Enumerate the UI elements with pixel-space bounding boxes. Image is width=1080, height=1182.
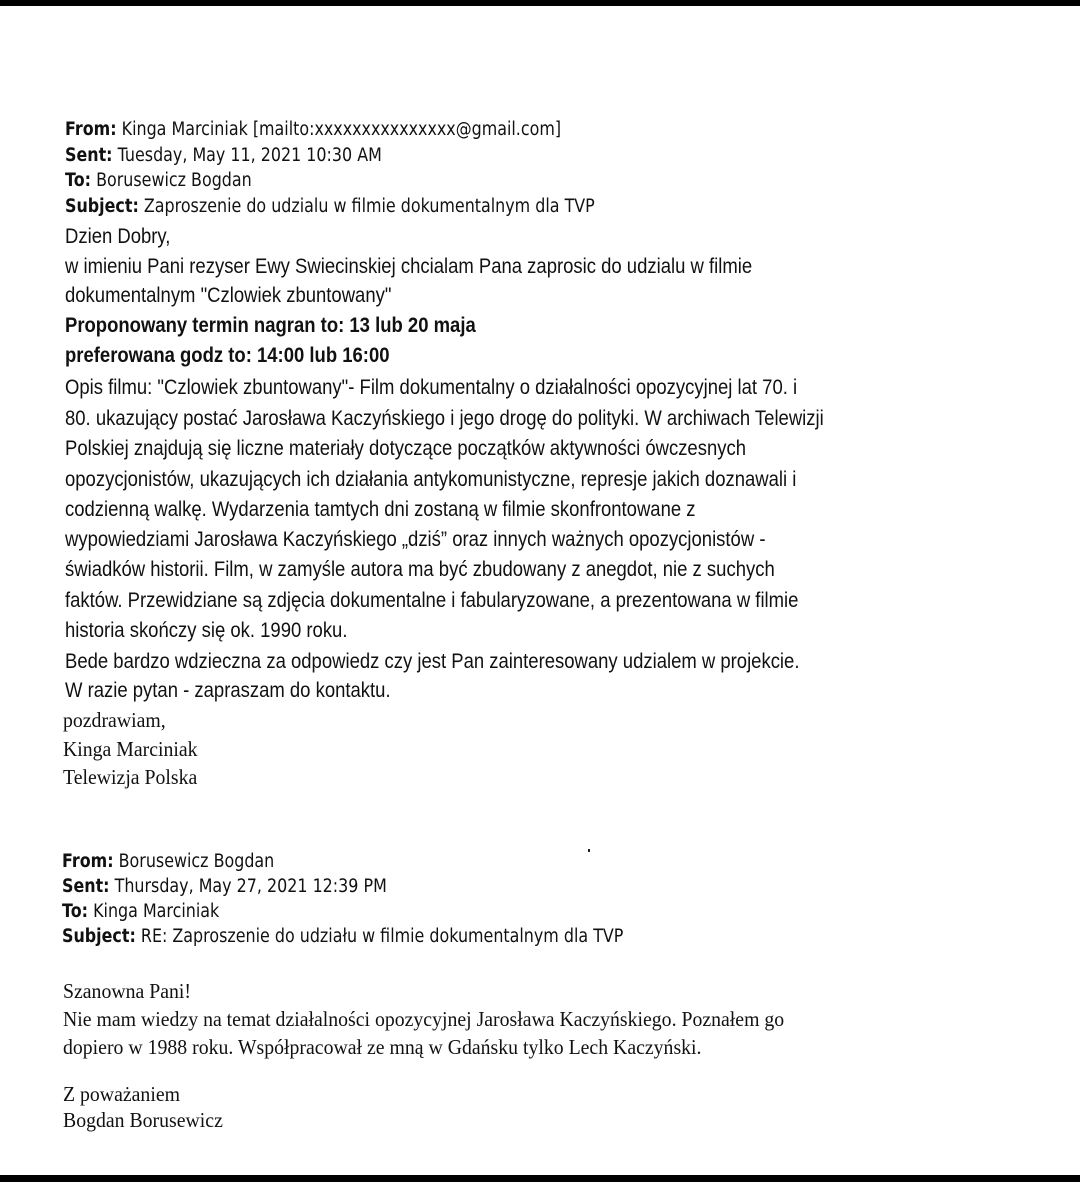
scan-speck: [588, 849, 590, 852]
email1-subject-line: Subject: Zaproszenie do udzialu w filmie…: [65, 194, 595, 219]
email2-to-line: To: Kinga Marciniak: [62, 899, 219, 924]
email2-greeting: Szanowna Pani!: [63, 977, 191, 1005]
email2-subject-line: Subject: RE: Zaproszenie do udziału w fi…: [62, 924, 623, 949]
subject-label: Subject:: [65, 196, 139, 217]
from-value: Kinga Marciniak [mailto:xxxxxxxxxxxxxxx@…: [117, 119, 561, 140]
email1-description-line: opozycjonistów, ukazujących ich działani…: [65, 465, 796, 495]
from-label: From:: [62, 851, 114, 872]
email1-description-line: Bede bardzo wdzieczna za odpowiedz czy j…: [65, 647, 799, 677]
email1-description-line: W razie pytan - zapraszam do kontaktu.: [65, 676, 391, 706]
email1-signature-org: Telewizja Polska: [63, 763, 197, 791]
email2-signature-name: Bogdan Borusewicz: [63, 1106, 223, 1134]
email1-description-line: Polskiej znajdują się liczne materiały d…: [65, 434, 746, 464]
email2-line: Nie mam wiedzy na temat działalności opo…: [63, 1005, 784, 1033]
sent-value: Tuesday, May 11, 2021 10:30 AM: [113, 145, 382, 166]
subject-value: RE: Zaproszenie do udziału w filmie doku…: [136, 926, 624, 947]
sent-value: Thursday, May 27, 2021 12:39 PM: [110, 876, 387, 897]
email1-signature-name: Kinga Marciniak: [63, 735, 198, 763]
sent-label: Sent:: [65, 145, 113, 166]
email1-line: dokumentalnym "Czlowiek zbuntowany": [65, 281, 391, 311]
email1-description-line: codzienną walkę. Wydarzenia tamtych dni …: [65, 495, 696, 525]
subject-value: Zaproszenie do udzialu w filmie dokument…: [139, 196, 595, 217]
sent-label: Sent:: [62, 876, 110, 897]
to-value: Borusewicz Bogdan: [91, 170, 252, 191]
email1-to-line: To: Borusewicz Bogdan: [65, 168, 252, 193]
email2-sent-line: Sent: Thursday, May 27, 2021 12:39 PM: [62, 874, 387, 899]
email2-signature-closing: Z poważaniem: [63, 1080, 180, 1108]
from-label: From:: [65, 119, 117, 140]
to-label: To:: [65, 170, 91, 191]
top-black-bar: [0, 0, 1080, 6]
email1-description-line: faktów. Przewidziane są zdjęcia dokument…: [65, 586, 798, 616]
email1-preferred-time: preferowana godz to: 14:00 lub 16:00: [65, 341, 390, 371]
email1-description-line: historia skończy się ok. 1990 roku.: [65, 616, 347, 646]
email1-description-line: Opis filmu: "Czlowiek zbuntowany"- Film …: [65, 373, 797, 403]
email1-description-line: świadków historii. Film, w zamyśle autor…: [65, 555, 775, 585]
email1-recording-dates: Proponowany termin nagran to: 13 lub 20 …: [65, 311, 476, 341]
subject-label: Subject:: [62, 926, 136, 947]
email1-from-line: From: Kinga Marciniak [mailto:xxxxxxxxxx…: [65, 117, 561, 142]
email1-greeting: Dzien Dobry,: [65, 222, 170, 252]
email2-line: dopiero w 1988 roku. Współpracował ze mn…: [63, 1033, 701, 1061]
email1-sent-line: Sent: Tuesday, May 11, 2021 10:30 AM: [65, 143, 382, 168]
email1-description-line: wypowiedziami Jarosława Kaczyńskiego „dz…: [65, 525, 765, 555]
to-label: To:: [62, 901, 88, 922]
from-value: Borusewicz Bogdan: [114, 851, 275, 872]
email1-signature-closing: pozdrawiam,: [63, 706, 166, 734]
to-value: Kinga Marciniak: [88, 901, 219, 922]
email1-line: w imieniu Pani rezyser Ewy Swiecinskiej …: [65, 252, 752, 282]
bottom-black-bar: [0, 1175, 1080, 1182]
email2-from-line: From: Borusewicz Bogdan: [62, 849, 274, 874]
email1-description-line: 80. ukazujący postać Jarosława Kaczyński…: [65, 404, 824, 434]
